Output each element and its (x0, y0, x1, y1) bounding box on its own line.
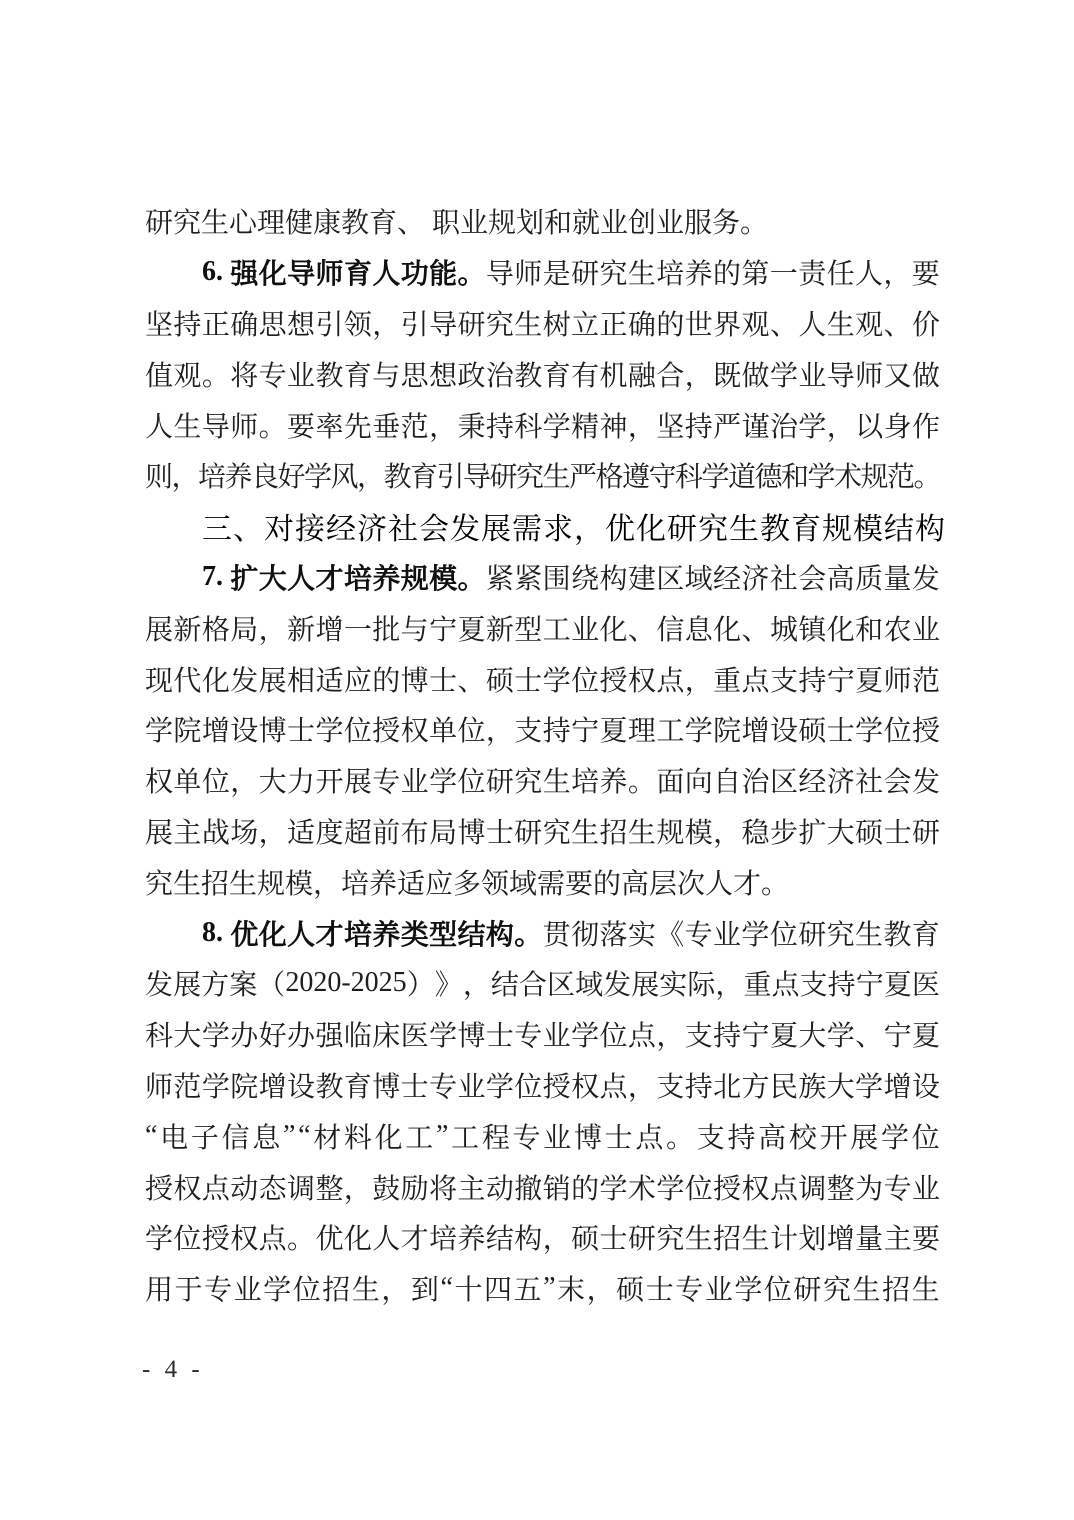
text-line: “电子信息”“材料化工”工程专业博士点。支持高校开展学位 (145, 1110, 940, 1161)
text-line: 坚持正确思想引领，引导研究生树立正确的世界观、人生观、价 (145, 298, 940, 349)
text-line: 用于专业学位招生，到“十四五”末，硕士专业学位研究生招生 (145, 1263, 940, 1314)
text-line: 展新格局，新增一批与宁夏新型工业化、信息化、城镇化和农业 (145, 602, 940, 653)
text-line: 研究生心理健康教育、 职业规划和就业创业服务。 (145, 196, 940, 247)
document-page: 研究生心理健康教育、 职业规划和就业创业服务。6. 强化导师育人功能。导师是研究… (0, 0, 1074, 1520)
text-line: 则，培养良好学风，教育引导研究生严格遵守科学道德和学术规范。 (145, 450, 940, 501)
section-heading: 三、对接经济社会发展需求，优化研究生教育规模结构 (145, 501, 940, 552)
text-line: 发展方案（2020-2025）》，结合区域发展实际，重点支持宁夏医 (145, 958, 940, 1009)
text-line: 7. 扩大人才培养规模。紧紧围绕构建区域经济社会高质量发 (145, 552, 940, 603)
text-line: 人生导师。要率先垂范，秉持科学精神，坚持严谨治学，以身作 (145, 399, 940, 450)
text-line: 值观。将专业教育与思想政治教育有机融合，既做学业导师又做 (145, 348, 940, 399)
document-body: 研究生心理健康教育、 职业规划和就业创业服务。6. 强化导师育人功能。导师是研究… (145, 196, 940, 1314)
text-line: 6. 强化导师育人功能。导师是研究生培养的第一责任人，要 (145, 247, 940, 298)
text-line: 学位授权点。优化人才培养结构，硕士研究生招生计划增量主要 (145, 1212, 940, 1263)
text-line: 权单位，大力开展专业学位研究生培养。面向自治区经济社会发 (145, 755, 940, 806)
text-line: 展主战场，适度超前布局博士研究生招生规模，稳步扩大硕士研 (145, 806, 940, 857)
text-line: 8. 优化人才培养类型结构。贯彻落实《专业学位研究生教育 (145, 907, 940, 958)
text-line: 师范学院增设教育博士专业学位授权点，支持北方民族大学增设 (145, 1060, 940, 1111)
text-line: 现代化发展相适应的博士、硕士学位授权点，重点支持宁夏师范 (145, 653, 940, 704)
page-number: - 4 - (142, 1356, 204, 1384)
text-line: 科大学办好办强临床医学博士专业学位点，支持宁夏大学、宁夏 (145, 1009, 940, 1060)
text-line: 学院增设博士学位授权单位，支持宁夏理工学院增设硕士学位授 (145, 704, 940, 755)
text-line: 究生招生规模，培养适应多领域需要的高层次人才。 (145, 856, 940, 907)
text-line: 授权点动态调整，鼓励将主动撤销的学术学位授权点调整为专业 (145, 1161, 940, 1212)
